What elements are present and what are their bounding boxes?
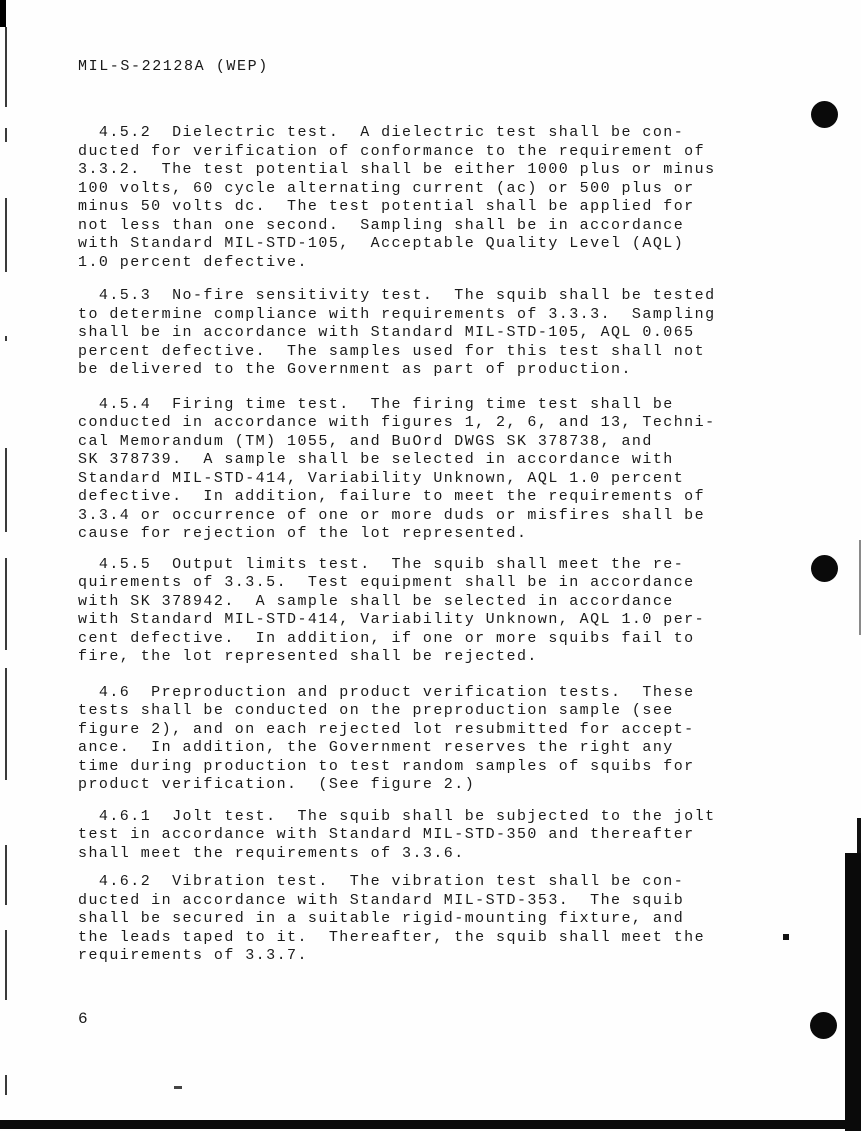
scan-mark-left-edge [5,668,7,780]
paragraph-4-5-3-no-fire-sensitivity-test: 4.5.3 No-fire sensitivity test. The squi… [78,287,778,380]
punch-hole-dot-bottom [810,1012,837,1039]
paragraph-4-5-4-firing-time-test: 4.5.4 Firing time test. The firing time … [78,396,778,544]
punch-hole-dot-top [811,101,838,128]
document-body: 4.5.2 Dielectric test. A dielectric test… [78,124,778,966]
paragraph-4-5-2-dielectric-test: 4.5.2 Dielectric test. A dielectric test… [78,124,778,272]
punch-hole-dot-middle [811,555,838,582]
paragraph-4-6-2-vibration-test: 4.6.2 Vibration test. The vibration test… [78,873,778,966]
scan-speck [783,934,789,940]
scan-mark-left-edge [5,198,7,272]
page-number: 6 [78,1010,88,1028]
scan-mark-left-edge [5,845,7,905]
scan-mark-left-edge [5,27,7,107]
scan-mark-left-edge [5,448,7,532]
scan-mark-left-edge [5,1075,7,1095]
scan-mark-left-corner [0,0,6,27]
scan-mark-left-edge [5,930,7,1000]
scan-mark-left-edge [5,336,7,341]
paragraph-4-5-5-output-limits-test: 4.5.5 Output limits test. The squib shal… [78,556,778,667]
scan-bar-right-edge [845,853,861,1131]
scan-line-right-thin [857,818,861,856]
scan-mark-left-edge [5,128,7,142]
paragraph-4-6-preproduction-tests: 4.6 Preproduction and product verificati… [78,684,778,795]
scan-bar-bottom-edge [0,1120,861,1129]
scanned-document-page: MIL-S-22128A (WEP) 4.5.2 Dielectric test… [0,0,861,1131]
scan-speck [174,1086,182,1089]
paragraph-4-6-1-jolt-test: 4.6.1 Jolt test. The squib shall be subj… [78,808,778,864]
scan-mark-left-edge [5,558,7,650]
document-id-header: MIL-S-22128A (WEP) [78,58,269,75]
